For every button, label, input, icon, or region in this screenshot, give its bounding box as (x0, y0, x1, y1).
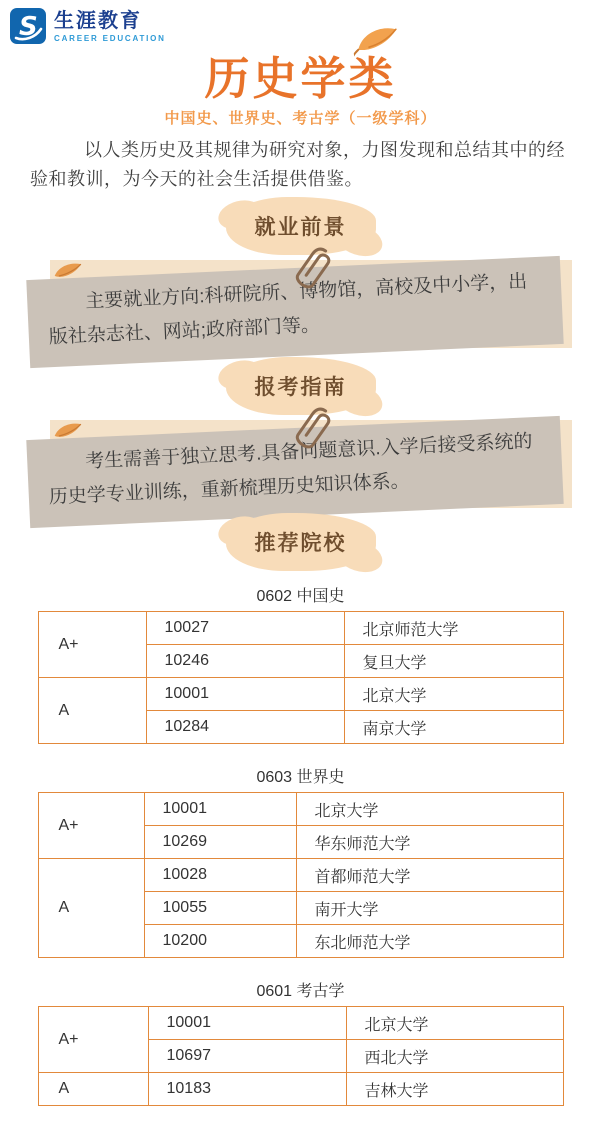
code-cell: 10027 (146, 612, 344, 645)
brand-logo-icon: S (9, 7, 47, 45)
code-cell: 10269 (144, 826, 296, 859)
ranking-table: A+10001北京大学10269华东师范大学A10028首都师范大学10055南… (38, 792, 564, 958)
table-caption: 0602 中国史 (0, 583, 601, 603)
school-cell: 首都师范大学 (296, 859, 563, 892)
grade-cell: A+ (38, 793, 144, 859)
page-title: 历史学类 (0, 42, 601, 107)
note-employment: 主要就业方向:科研院所、博物馆，高校及中小学，出版社杂志社、网站;政府部门等。 (28, 260, 562, 366)
table-row: A10183吉林大学 (38, 1073, 563, 1106)
tables: 0602 中国史A+10027北京师范大学10246复旦大学A10001北京大学… (0, 583, 601, 1126)
ranking-table: A+10027北京师范大学10246复旦大学A10001北京大学10284南京大… (38, 611, 564, 744)
grade-cell: A+ (38, 612, 146, 678)
ranking-table: A+10001北京大学10697西北大学A10183吉林大学 (38, 1006, 564, 1106)
code-cell: 10246 (146, 645, 344, 678)
grade-cell: A+ (38, 1007, 148, 1073)
school-cell: 西北大学 (346, 1040, 563, 1073)
table-section: 0602 中国史A+10027北京师范大学10246复旦大学A10001北京大学… (0, 583, 601, 744)
code-cell: 10200 (144, 925, 296, 958)
school-cell: 华东师范大学 (296, 826, 563, 859)
school-cell: 南开大学 (296, 892, 563, 925)
table-row: A+10001北京大学 (38, 1007, 563, 1040)
brand-name: 生涯教育 (54, 10, 166, 32)
school-cell: 南京大学 (344, 711, 563, 744)
table-row: A10028首都师范大学 (38, 859, 563, 892)
school-cell: 北京大学 (346, 1007, 563, 1040)
badge-label: 报考指南 (255, 371, 347, 401)
section-badge-application: 报考指南 (226, 357, 376, 415)
section-badge-employment: 就业前景 (226, 197, 376, 255)
code-cell: 10028 (144, 859, 296, 892)
note-application: 考生需善于独立思考.具备问题意识.入学后接受系统的历史学专业训练，重新梳理历史知… (28, 420, 562, 526)
brand-logo: S 生涯教育 CAREER EDUCATION (9, 7, 166, 45)
grade-cell: A (38, 678, 146, 744)
page: S 生涯教育 CAREER EDUCATION 历史学类 中国史、世界史、考古学… (0, 0, 601, 1126)
intro-paragraph: 以人类历史及其规律为研究对象，力图发现和总结其中的经验和教训，为今天的社会生活提… (30, 136, 572, 194)
table-row: A10001北京大学 (38, 678, 563, 711)
code-cell: 10055 (144, 892, 296, 925)
table-section: 0603 世界史A+10001北京大学10269华东师范大学A10028首都师范… (0, 764, 601, 958)
code-cell: 10697 (148, 1040, 346, 1073)
badge-label: 推荐院校 (255, 527, 347, 557)
table-section: 0601 考古学A+10001北京大学10697西北大学A10183吉林大学 (0, 978, 601, 1106)
table-row: A+10001北京大学 (38, 793, 563, 826)
badge-label: 就业前景 (255, 211, 347, 241)
school-cell: 吉林大学 (346, 1073, 563, 1106)
section-badge-recommend: 推荐院校 (226, 513, 376, 571)
school-cell: 复旦大学 (344, 645, 563, 678)
table-caption: 0603 世界史 (0, 764, 601, 784)
code-cell: 10284 (146, 711, 344, 744)
school-cell: 北京大学 (296, 793, 563, 826)
code-cell: 10183 (148, 1073, 346, 1106)
grade-cell: A (38, 859, 144, 958)
code-cell: 10001 (148, 1007, 346, 1040)
table-row: A+10027北京师范大学 (38, 612, 563, 645)
grade-cell: A (38, 1073, 148, 1106)
page-subtitle: 中国史、世界史、考古学（一级学科） (0, 107, 601, 128)
school-cell: 东北师范大学 (296, 925, 563, 958)
code-cell: 10001 (146, 678, 344, 711)
school-cell: 北京大学 (344, 678, 563, 711)
school-cell: 北京师范大学 (344, 612, 563, 645)
code-cell: 10001 (144, 793, 296, 826)
table-caption: 0601 考古学 (0, 978, 601, 998)
